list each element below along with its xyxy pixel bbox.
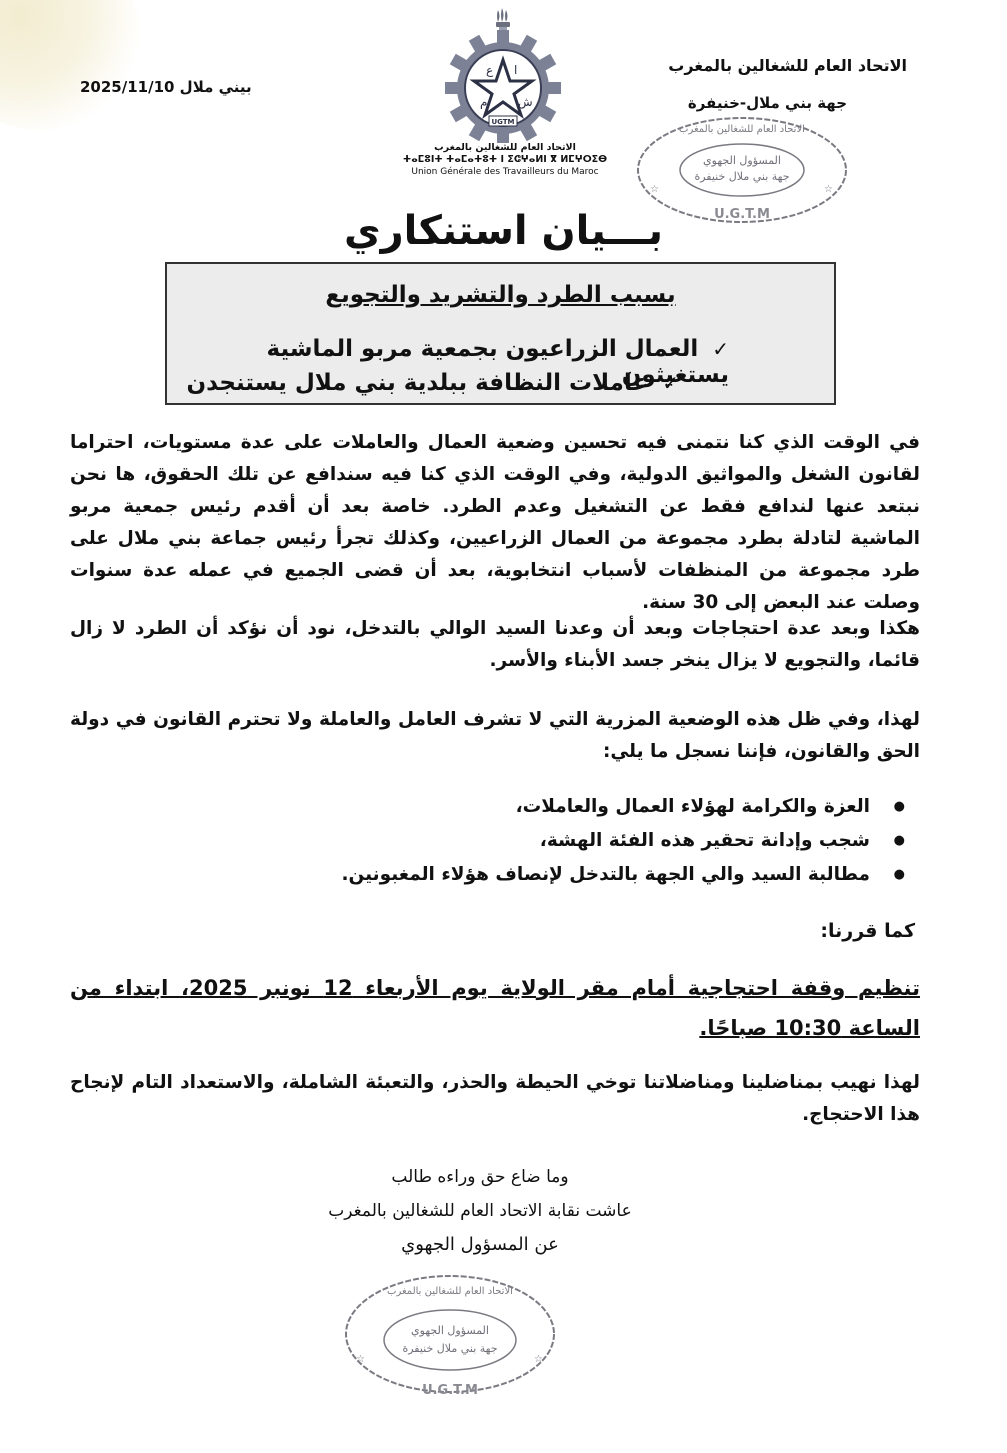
svg-text:جهة بني ملال خنيفرة: جهة بني ملال خنيفرة: [694, 170, 789, 183]
svg-text:ع: ع: [486, 63, 494, 77]
protest-decision: تنظيم وقفة احتجاجية أمام مقر الولاية يوم…: [70, 968, 920, 1048]
svg-text:المسؤول الجهوي: المسؤول الجهوي: [703, 154, 781, 167]
list-item: مطالبة السيد والي الجهة بالتدخل لإنصاف ه…: [150, 858, 905, 892]
logo-caption-tifinagh: ⵜⴰⵎⵓⵏⵜ ⵜⴰⵎⴰⵜⵓⵜ ⵏ ⵉⵛⵖⴰⵍⵏ ⴳ ⵍⵎⵖⵔⵉⴱ: [400, 154, 610, 166]
decided-label: كما قررنا:: [820, 920, 915, 942]
svg-text:☆: ☆: [824, 184, 833, 195]
svg-text:☆: ☆: [356, 1354, 365, 1365]
paragraph-statement: لهذا، وفي ظل هذه الوضعية المزرية التي لا…: [70, 704, 920, 768]
svg-text:ا: ا: [514, 63, 517, 77]
svg-text:U.G.T.M: U.G.T.M: [422, 1383, 478, 1398]
paragraph-context: في الوقت الذي كنا نتمنى فيه تحسين وضعية …: [70, 427, 920, 619]
check-item: ✓عاملات النظافة ببلدية بني ملال يستنجدن: [187, 370, 679, 396]
svg-text:المسؤول الجهوي: المسؤول الجهوي: [411, 1324, 489, 1337]
closing-long-live: عاشت نقابة الاتحاد العام للشغالين بالمغر…: [200, 1194, 760, 1228]
organization-name: الاتحاد العام للشغالين بالمغرب: [668, 56, 907, 75]
document-date: بيني ملال 2025/11/10: [80, 78, 252, 96]
svg-text:جهة بني ملال خنيفرة: جهة بني ملال خنيفرة: [402, 1342, 497, 1355]
subject-box: بسبب الطرد والتشريد والتجويع ✓العمال الز…: [165, 262, 836, 405]
closing-motto: وما ضاع حق وراءه طالب: [200, 1160, 760, 1194]
list-item: شجب وإدانة تحقير هذه الفئة الهشة،: [150, 824, 905, 858]
ugtm-logo: ع ا م ش UGTM: [438, 8, 568, 143]
svg-text:☆: ☆: [650, 184, 659, 195]
check-item-text: عاملات النظافة ببلدية بني ملال يستنجدن: [187, 370, 649, 396]
organization-region: جهة بني ملال-خنيفرة: [688, 94, 847, 112]
official-stamp-bottom: المسؤول الجهوي جهة بني ملال خنيفرة الاتح…: [340, 1268, 560, 1412]
checkmark-icon: ✓: [662, 371, 679, 395]
svg-text:ش: ش: [518, 95, 533, 110]
svg-text:الاتحاد العام للشغالين بالمغرب: الاتحاد العام للشغالين بالمغرب: [679, 124, 805, 135]
stamp-icon: المسؤول الجهوي جهة بني ملال خنيفرة الاتح…: [340, 1268, 560, 1408]
svg-text:☆: ☆: [534, 1354, 543, 1365]
svg-text:م: م: [480, 95, 487, 109]
subject-heading: بسبب الطرد والتشريد والتجويع: [167, 282, 834, 308]
svg-text:UGTM: UGTM: [491, 118, 514, 126]
checkmark-icon: ✓: [712, 337, 729, 361]
logo-caption-french: Union Générale des Travailleurs du Maroc: [400, 166, 610, 178]
logo-caption-arabic: الاتحاد العام للشغالين بالمغرب: [400, 142, 610, 154]
demands-list: العزة والكرامة لهؤلاء العمال والعاملات، …: [150, 790, 905, 892]
document-title: بـــيان استنكاري: [0, 208, 1007, 254]
closing-block: وما ضاع حق وراءه طالب عاشت نقابة الاتحاد…: [200, 1160, 760, 1262]
photo-glare: [0, 0, 140, 130]
logo-caption: الاتحاد العام للشغالين بالمغرب ⵜⴰⵎⵓⵏⵜ ⵜⴰ…: [400, 142, 610, 178]
paragraph-call-to-action: لهذا نهيب بمناضلينا ومناضلاتنا توخي الحي…: [70, 1067, 920, 1131]
list-item: العزة والكرامة لهؤلاء العمال والعاملات،: [150, 790, 905, 824]
signatory: عن المسؤول الجهوي: [200, 1228, 760, 1262]
svg-text:الاتحاد العام للشغالين بالمغرب: الاتحاد العام للشغالين بالمغرب: [387, 1286, 513, 1297]
gear-star-emblem-icon: ع ا م ش UGTM: [438, 8, 568, 143]
paragraph-protests: هكذا وبعد عدة احتجاجات وبعد أن وعدنا الس…: [70, 613, 920, 677]
